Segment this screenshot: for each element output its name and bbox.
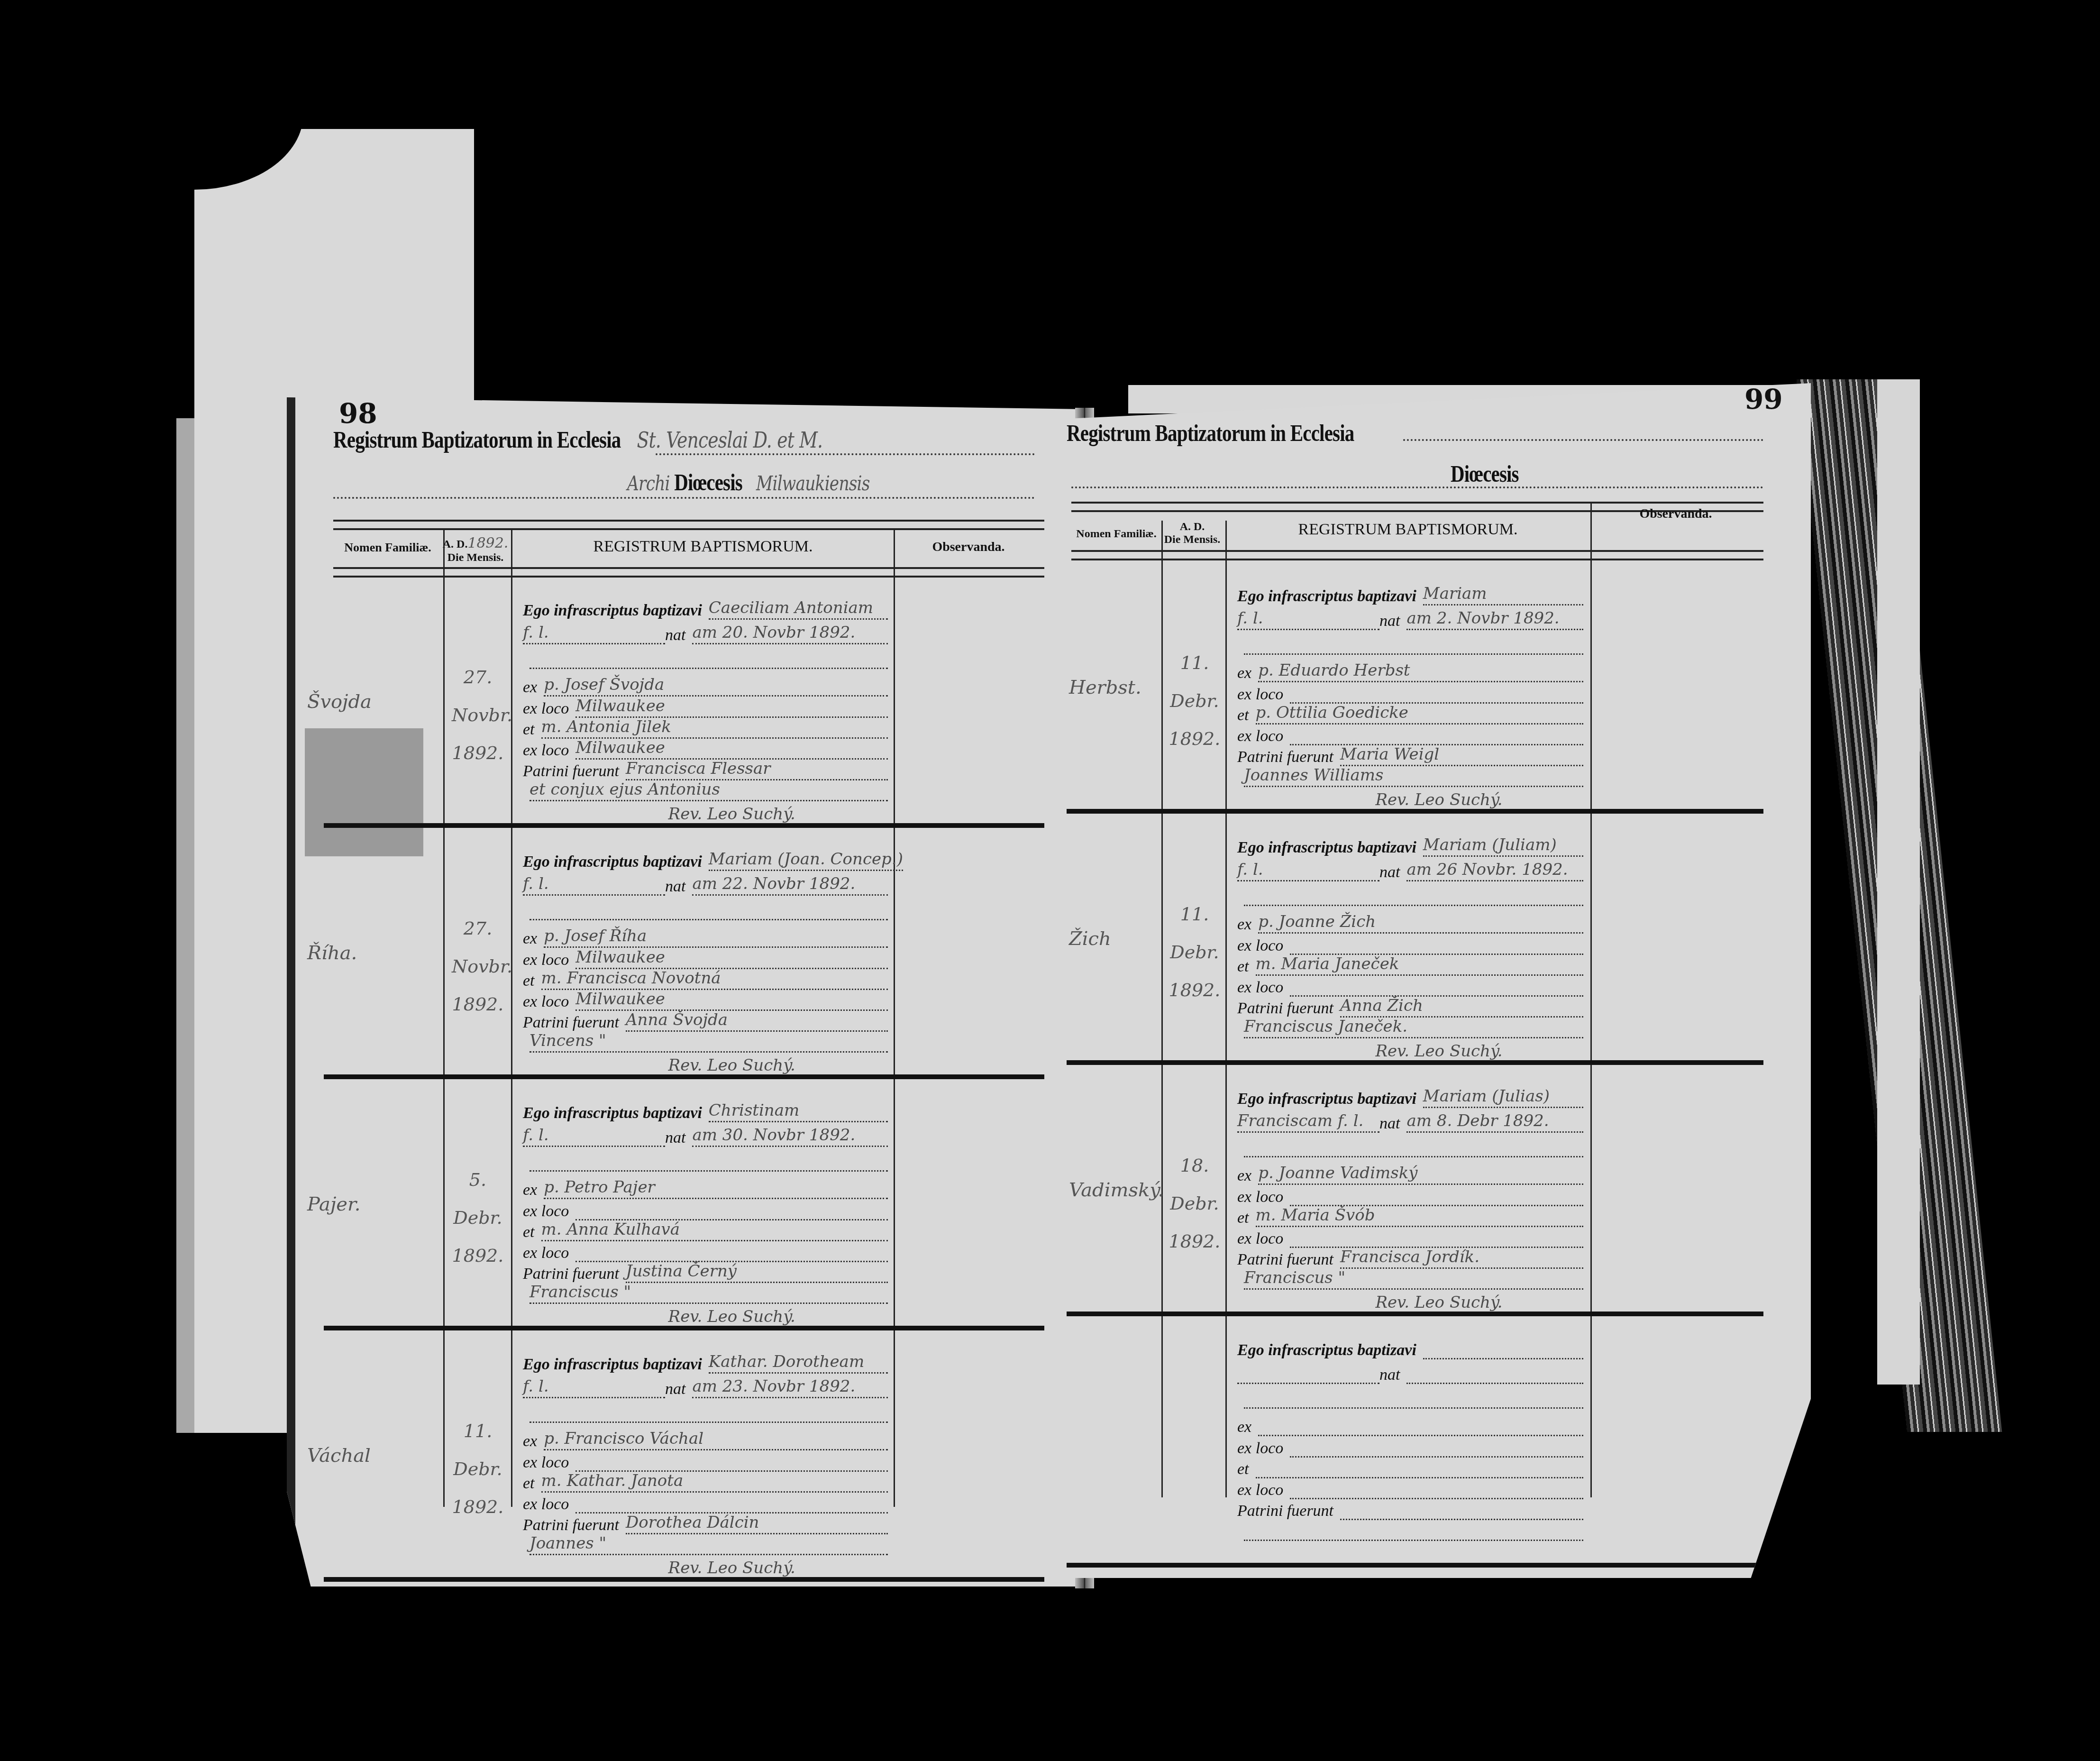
register-entry: Říha. 27.Novbr.1892.Ego infrascriptus ba… bbox=[295, 829, 1086, 1080]
register-entry: Ego infrascriptus baptizavinatexex locoe… bbox=[1062, 1317, 1811, 1568]
register-entry: Vadimský. 18.Debr.1892.Ego infrascriptus… bbox=[1062, 1066, 1811, 1317]
col-date: A. D. Die Mensis. bbox=[1161, 521, 1223, 546]
family-name: Herbst. bbox=[1069, 677, 1141, 698]
baptism-date: 5.Debr.1892. bbox=[452, 1161, 504, 1275]
family-name: Říha. bbox=[307, 942, 357, 964]
priest-value: Rev. Leo Suchý. bbox=[1375, 1042, 1583, 1063]
diocese-underline bbox=[333, 497, 1035, 499]
family-name: Váchal bbox=[307, 1445, 371, 1467]
family-name: Švojda bbox=[307, 691, 372, 713]
register-entry: Žich 11.Debr.1892.Ego infrascriptus bapt… bbox=[1062, 815, 1811, 1066]
diocese-title: Diœcesis bbox=[1451, 460, 1519, 487]
church-name: St. Venceslai D. et M. bbox=[637, 427, 822, 453]
family-name: Pajer. bbox=[307, 1193, 360, 1215]
diocese-title: Archi Diœcesis Milwaukiensis bbox=[627, 468, 870, 496]
priest-value: Rev. Leo Suchý. bbox=[1375, 1293, 1583, 1314]
col-family: Nomen Familiæ. bbox=[1071, 528, 1161, 541]
title-underline bbox=[1403, 439, 1763, 441]
col-register: REGISTRUM BAPTISMORUM. bbox=[518, 538, 888, 556]
page-number: 99 bbox=[1744, 383, 1783, 415]
register-entry: Herbst. 11.Debr.1892.Ego infrascriptus b… bbox=[1062, 563, 1811, 815]
col-register: REGISTRUM BAPTISMORUM. bbox=[1228, 521, 1588, 539]
register-title: Registrum Baptizatorum in Ecclesia St. V… bbox=[333, 426, 822, 453]
priest-value: Rev. Leo Suchý. bbox=[668, 1056, 888, 1077]
priest-value: Rev. Leo Suchý. bbox=[668, 1307, 888, 1329]
baptism-date: 27.Novbr.1892. bbox=[452, 909, 504, 1023]
priest-value: Rev. Leo Suchý. bbox=[1375, 790, 1583, 812]
entry-separator bbox=[324, 1074, 1044, 1079]
column-header-rule bbox=[1071, 550, 1763, 560]
entry-separator bbox=[324, 1326, 1044, 1330]
col-family: Nomen Familiæ. bbox=[333, 541, 442, 555]
diocese-underline bbox=[1071, 486, 1763, 488]
right-page: 99 Registrum Baptizatorum in Ecclesia Di… bbox=[1062, 383, 1811, 1578]
register-entry: Pajer. 5.Debr.1892.Ego infrascriptus bap… bbox=[295, 1080, 1086, 1331]
baptism-date: 11.Debr.1892. bbox=[1169, 895, 1221, 1009]
col-date: A. D.1892. Die Mensis. bbox=[442, 535, 509, 564]
col-observanda: Observanda. bbox=[1598, 506, 1754, 522]
family-name: Žich bbox=[1069, 928, 1111, 950]
register-entry: Švojda 27.Novbr.1892.Ego infrascriptus b… bbox=[295, 578, 1086, 829]
entry-separator bbox=[1067, 1312, 1763, 1316]
column-header-rule bbox=[333, 567, 1044, 578]
page-number: 98 bbox=[339, 397, 377, 430]
entry-separator bbox=[324, 823, 1044, 828]
baptism-date: 11.Debr.1892. bbox=[452, 1412, 504, 1526]
entry-separator bbox=[1067, 1060, 1763, 1065]
loose-sheet bbox=[1877, 379, 1920, 1385]
baptism-date: 11.Debr.1892. bbox=[1169, 644, 1221, 758]
header-rule bbox=[333, 520, 1044, 530]
register-entry: Váchal 11.Debr.1892.Ego infrascriptus ba… bbox=[295, 1331, 1086, 1583]
left-page: 98 Registrum Baptizatorum in Ecclesia St… bbox=[287, 397, 1086, 1587]
entry-separator bbox=[324, 1577, 1044, 1582]
entry-separator bbox=[1067, 1563, 1763, 1568]
priest-value: Rev. Leo Suchý. bbox=[668, 805, 888, 826]
priest-value: Rev. Leo Suchý. bbox=[668, 1559, 888, 1580]
family-name: Vadimský. bbox=[1069, 1179, 1164, 1201]
baptism-date: 27.Novbr.1892. bbox=[452, 658, 504, 772]
baptism-date: 18.Debr.1892. bbox=[1169, 1146, 1221, 1260]
register-title: Registrum Baptizatorum in Ecclesia bbox=[1067, 419, 1354, 447]
title-underline bbox=[656, 453, 1035, 455]
col-observanda: Observanda. bbox=[897, 540, 1040, 555]
entry-separator bbox=[1067, 809, 1763, 814]
